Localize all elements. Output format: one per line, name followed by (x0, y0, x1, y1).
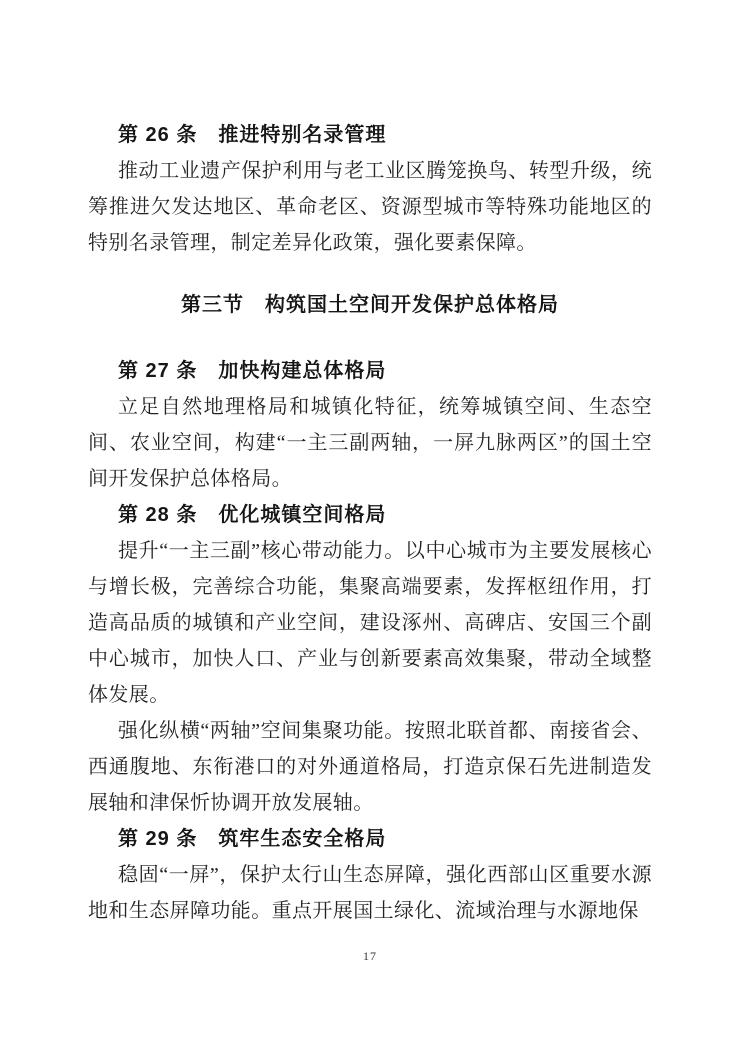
section-heading-3: 第三节 构筑国土空间开发保护总体格局 (88, 287, 652, 323)
paragraph-article-26: 推动工业遗产保护利用与老工业区腾笼换鸟、转型升级，统筹推进欠发达地区、革命老区、… (88, 153, 652, 261)
paragraph-article-28-1: 提升“一主三副”核心带动能力。以中心城市为主要发展核心与增长极，完善综合功能，集… (88, 533, 652, 713)
paragraph-article-28-2: 强化纵横“两轴”空间集聚功能。按照北联首都、南接省会、西通腹地、东衔港口的对外通… (88, 713, 652, 821)
page-number: 17 (0, 949, 740, 964)
paragraph-article-27: 立足自然地理格局和城镇化特征，统筹城镇空间、生态空间、农业空间，构建“一主三副两… (88, 389, 652, 497)
article-heading-26: 第 26 条 推进特别名录管理 (88, 117, 652, 153)
article-heading-29: 第 29 条 筑牢生态安全格局 (88, 821, 652, 857)
document-page: 第 26 条 推进特别名录管理 推动工业遗产保护利用与老工业区腾笼换鸟、转型升级… (0, 0, 740, 1047)
paragraph-article-29: 稳固“一屏”，保护太行山生态屏障，强化西部山区重要水源地和生态屏障功能。重点开展… (88, 857, 652, 929)
article-heading-27: 第 27 条 加快构建总体格局 (88, 353, 652, 389)
article-heading-28: 第 28 条 优化城镇空间格局 (88, 497, 652, 533)
document-content: 第 26 条 推进特别名录管理 推动工业遗产保护利用与老工业区腾笼换鸟、转型升级… (88, 117, 652, 929)
